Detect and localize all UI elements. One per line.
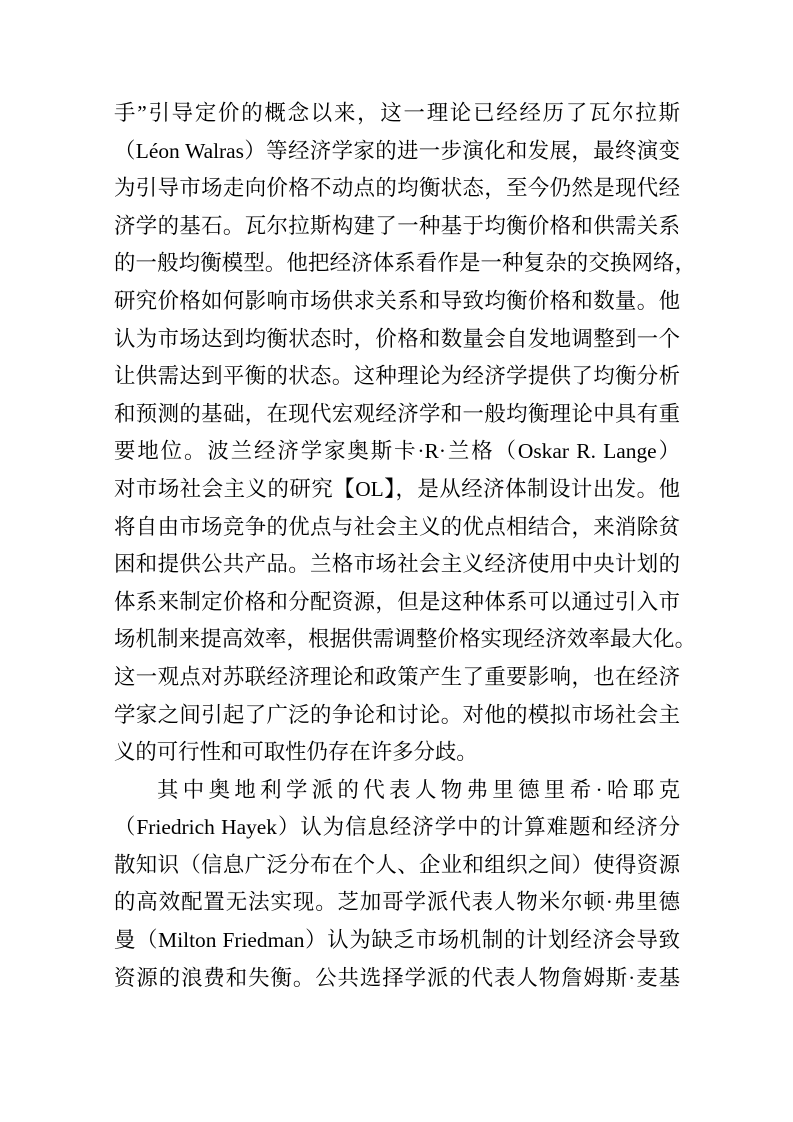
text-line: 济学的基石。瓦尔拉斯构建了一种基于均衡价格和供需关系 [114,208,680,246]
text-line: 为引导市场走向价格不动点的均衡状态，至今仍然是现代经 [114,170,680,208]
text-line: 资源的浪费和失衡。公共选择学派的代表人物詹姆斯·麦基 [114,960,680,998]
text-line: 的高效配置无法实现。芝加哥学派代表人物米尔顿·弗里德 [114,884,680,922]
text-line: 研究价格如何影响市场供求关系和导致均衡价格和数量。他 [114,283,680,321]
text-block: 手”引导定价的概念以来，这一理论已经经历了瓦尔拉斯（Léon Walras）等经… [114,95,680,997]
text-line: 对市场社会主义的研究【OL】，是从经济体制设计出发。他 [114,471,680,509]
text-line: 困和提供公共产品。兰格市场社会主义经济使用中央计划的 [114,546,680,584]
text-line: 场机制来提高效率，根据供需调整价格实现经济效率最大化。 [114,621,696,659]
text-line: 这一观点对苏联经济理论和政策产生了重要影响，也在经济 [114,659,680,697]
text-line: 其中奥地利学派的代表人物弗里德里希·哈耶克 [114,772,680,810]
text-line: 和预测的基础，在现代宏观经济学和一般均衡理论中具有重 [114,396,680,434]
text-line: 的一般均衡模型。他把经济体系看作是一种复杂的交换网络， [114,245,696,283]
text-line: 散知识（信息广泛分布在个人、企业和组织之间）使得资源 [114,847,680,885]
text-line: 体系来制定价格和分配资源，但是这种体系可以通过引入市 [114,584,680,622]
text-line: 要地位。波兰经济学家奥斯卡·R·兰格（Oskar R. Lange） [114,433,680,471]
text-line: （Friedrich Hayek）认为信息经济学中的计算难题和经济分 [114,809,680,847]
text-line: 将自由市场竞争的优点与社会主义的优点相结合，来消除贫 [114,509,680,547]
text-line: 让供需达到平衡的状态。这种理论为经济学提供了均衡分析 [114,358,680,396]
text-line: 义的可行性和可取性仍存在许多分歧。 [114,734,680,772]
text-line: 认为市场达到均衡状态时，价格和数量会自发地调整到一个 [114,321,680,359]
text-line: 手”引导定价的概念以来，这一理论已经经历了瓦尔拉斯 [114,95,680,133]
text-line: 曼（Milton Friedman）认为缺乏市场机制的计划经济会导致 [114,922,680,960]
text-line: （Léon Walras）等经济学家的进一步演化和发展，最终演变 [114,133,680,171]
document-page: 手”引导定价的概念以来，这一理论已经经历了瓦尔拉斯（Léon Walras）等经… [0,0,793,1122]
text-line: 学家之间引起了广泛的争论和讨论。对他的模拟市场社会主 [114,697,680,735]
